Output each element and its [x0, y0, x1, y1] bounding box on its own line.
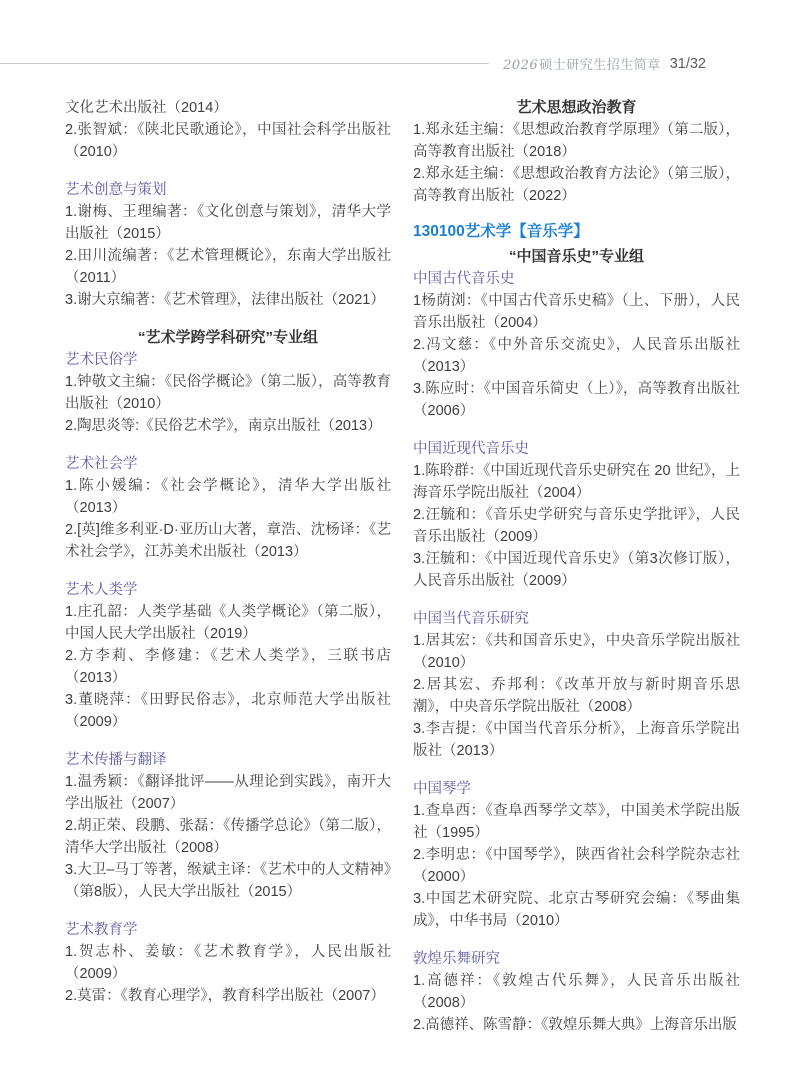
section-heading: 中国近现代音乐史: [413, 438, 740, 460]
page-header: 2026硕士研究生招生简章 31/32: [0, 54, 706, 73]
reference-item: 1.庄孔韶：人类学基础《人类学概论》（第二版），中国人民大学出版社（2019）: [65, 601, 391, 645]
section-heading: 艺术创意与策划: [65, 179, 391, 201]
section-art-creativity: 艺术创意与策划 1.谢梅、王理编著：《文化创意与策划》，清华大学出版社（2015…: [65, 179, 391, 311]
reference-item: 2.李明忠：《中国琴学》，陕西省社会科学院杂志社（2000）: [413, 844, 740, 888]
reference-item: 2.田川流编著：《艺术管理概论》，东南大学出版社（2011）: [65, 245, 391, 289]
reference-item: 2.胡正荣、段鹏、张磊：《传播学总论》（第二版），清华大学出版社（2008）: [65, 815, 391, 859]
reference-item: 文化艺术出版社（2014）: [65, 97, 391, 119]
reference-item: 2.方李莉、李修建：《艺术人类学》，三联书店（2013）: [65, 645, 391, 689]
reference-item: 3.汪毓和：《中国近现代音乐史》（第3次修订版），人民音乐出版社（2009）: [413, 548, 740, 592]
section-heading: 艺术传播与翻译: [65, 749, 391, 771]
section-chinese-qin-studies: 中国琴学 1.查阜西：《查阜西琴学文萃》，中国美术学院出版社（1995） 2.李…: [413, 778, 740, 932]
reference-item: 1.钟敬文主编：《民俗学概论》（第二版），高等教育出版社（2010）: [65, 371, 391, 415]
section-heading: 艺术人类学: [65, 579, 391, 601]
section-heading: 中国古代音乐史: [413, 268, 740, 290]
reference-item: 1.郑永廷主编：《思想政治教育学原理》（第二版），高等教育出版社（2018）: [413, 119, 740, 163]
page-number: 31/32: [670, 56, 706, 72]
section-heading: 艺术社会学: [65, 453, 391, 475]
reference-item: 1杨荫浏：《中国古代音乐史稿》（上、下册），人民音乐出版社（2004）: [413, 290, 740, 334]
reference-item: 3.李吉提：《中国当代音乐分析》，上海音乐学院出版社（2013）: [413, 718, 740, 762]
reference-item: 3.董晓萍：《田野民俗志》，北京师范大学出版社（2009）: [65, 689, 391, 733]
left-column: 文化艺术出版社（2014） 2.张智斌：《陕北民歌通论》，中国社会科学出版社（2…: [65, 97, 391, 1007]
header-rule: [0, 63, 489, 64]
section-art-communication-translation: 艺术传播与翻译 1.温秀颖：《翻译批评——从理论到实践》，南开大学出版社（200…: [65, 749, 391, 903]
reference-item: 1.查阜西：《查阜西琴学文萃》，中国美术学院出版社（1995）: [413, 800, 740, 844]
section-heading: 中国琴学: [413, 778, 740, 800]
section-ancient-chinese-music-history: 中国古代音乐史 1杨荫浏：《中国古代音乐史稿》（上、下册），人民音乐出版社（20…: [413, 268, 740, 422]
section-modern-chinese-music-history: 中国近现代音乐史 1.陈聆群：《中国近现代音乐史研究在 20 世纪》，上海音乐学…: [413, 438, 740, 592]
right-column: 艺术思想政治教育 1.郑永廷主编：《思想政治教育学原理》（第二版），高等教育出版…: [413, 97, 740, 1036]
reference-item: 2.居其宏、乔邦利：《改革开放与新时期音乐思潮》，中央音乐学院出版社（2008）: [413, 674, 740, 718]
section-art-anthropology: 艺术人类学 1.庄孔韶：人类学基础《人类学概论》（第二版），中国人民大学出版社（…: [65, 579, 391, 733]
section-heading: 敦煌乐舞研究: [413, 948, 740, 970]
document-title-text: 硕士研究生招生简章: [539, 57, 661, 72]
section-continuation: 文化艺术出版社（2014） 2.张智斌：《陕北民歌通论》，中国社会科学出版社（2…: [65, 97, 391, 163]
reference-item: 3.大卫–马丁等著，缑斌主译：《艺术中的人文精神》（第8版），人民大学出版社（2…: [65, 859, 391, 903]
section-contemporary-chinese-music-research: 中国当代音乐研究 1.居其宏：《共和国音乐史》，中央音乐学院出版社（2010） …: [413, 608, 740, 762]
section-art-education: 艺术教育学 1.贺志朴、姜敏：《艺术教育学》，人民出版社（2009） 2.莫雷：…: [65, 919, 391, 1007]
reference-item: 1.温秀颖：《翻译批评——从理论到实践》，南开大学出版社（2007）: [65, 771, 391, 815]
reference-item: 2.陶思炎等:《民俗艺术学》，南京出版社（2013）: [65, 415, 391, 437]
document-title-year: 2026: [503, 58, 538, 73]
document-page: 2026硕士研究生招生简章 31/32 文化艺术出版社（2014） 2.张智斌：…: [0, 0, 800, 1090]
reference-item: 2.[英]维多利亚·D·亚历山大著，章浩、沈杨译：《艺术社会学》，江苏美术出版社…: [65, 519, 391, 563]
reference-item: 2.张智斌：《陕北民歌通论》，中国社会科学出版社（2010）: [65, 119, 391, 163]
reference-item: 2.冯文慈：《中外音乐交流史》，人民音乐出版社（2013）: [413, 334, 740, 378]
reference-item: 2.郑永廷主编：《思想政治教育方法论》（第三版），高等教育出版社（2022）: [413, 163, 740, 207]
section-art-folklore: 艺术民俗学 1.钟敬文主编：《民俗学概论》（第二版），高等教育出版社（2010）…: [65, 349, 391, 437]
reference-item: 1.高德祥：《敦煌古代乐舞》，人民音乐出版社（2008）: [413, 970, 740, 1014]
reference-item: 1.陈聆群：《中国近现代音乐史研究在 20 世纪》，上海音乐学院出版社（2004…: [413, 460, 740, 504]
program-code-heading: 130100艺术学【音乐学】: [413, 221, 740, 243]
reference-item: 3.陈应时：《中国音乐简史（上）》，高等教育出版社（2006）: [413, 378, 740, 422]
section-ideological-political-education: 1.郑永廷主编：《思想政治教育学原理》（第二版），高等教育出版社（2018） 2…: [413, 119, 740, 207]
group-title: 艺术思想政治教育: [413, 97, 740, 119]
reference-item: 1.谢梅、王理编著：《文化创意与策划》，清华大学出版社（2015）: [65, 201, 391, 245]
reference-item: 1.陈小媛编：《社会学概论》，清华大学出版社（2013）: [65, 475, 391, 519]
section-heading: 艺术民俗学: [65, 349, 391, 371]
reference-item: 1.贺志朴、姜敏：《艺术教育学》，人民出版社（2009）: [65, 941, 391, 985]
reference-item: 3.谢大京编著：《艺术管理》，法律出版社（2021）: [65, 289, 391, 311]
document-title: 2026硕士研究生招生简章: [503, 54, 661, 73]
section-heading: 中国当代音乐研究: [413, 608, 740, 630]
section-dunhuang-music-dance-research: 敦煌乐舞研究 1.高德祥：《敦煌古代乐舞》，人民音乐出版社（2008） 2.高德…: [413, 948, 740, 1036]
group-title: “艺术学跨学科研究”专业组: [65, 327, 391, 349]
reference-item: 3.中国艺术研究院、北京古琴研究会编：《琴曲集成》，中华书局（2010）: [413, 888, 740, 932]
reference-item: 2.莫雷：《教育心理学》，教育科学出版社（2007）: [65, 985, 391, 1007]
reference-item: 1.居其宏：《共和国音乐史》，中央音乐学院出版社（2010）: [413, 630, 740, 674]
section-heading: 艺术教育学: [65, 919, 391, 941]
section-art-sociology: 艺术社会学 1.陈小媛编：《社会学概论》，清华大学出版社（2013） 2.[英]…: [65, 453, 391, 563]
reference-item: 2.汪毓和：《音乐史学研究与音乐史学批评》，人民音乐出版社（2009）: [413, 504, 740, 548]
reference-item: 2.高德祥、陈雪静：《敦煌乐舞大典》上海音乐出版: [413, 1014, 740, 1036]
group-title: “中国音乐史”专业组: [413, 246, 740, 268]
